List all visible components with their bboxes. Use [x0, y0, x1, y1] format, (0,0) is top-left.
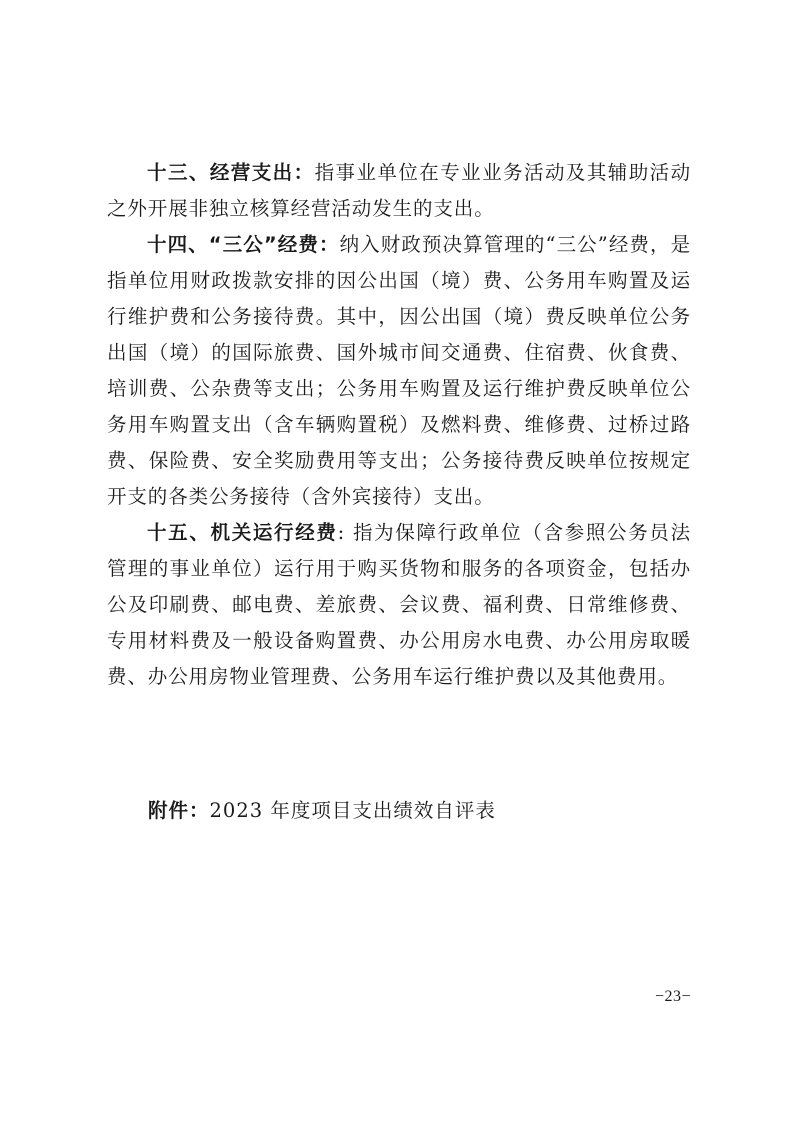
attachment-line: 附件：2023 年度项目支出绩效自评表	[148, 793, 496, 829]
section-three-public-expenses: 十四、“三公”经费：纳入财政预决算管理的“三公”经费，是指单位用财政拨款安排的因…	[107, 227, 691, 515]
section-agency-operating-funds: 十五、机关运行经费: 指为保障行政单位（含参照公务员法管理的事业单位）运行用于购…	[107, 515, 691, 695]
term-definition: : 指为保障行政单位（含参照公务员法管理的事业单位）运行用于购买货物和服务的各项…	[107, 521, 691, 688]
attachment-title: 2023 年度项目支出绩效自评表	[210, 799, 496, 822]
document-body: 十三、经营支出：指事业单位在专业业务活动及其辅助活动之外开展非独立核算经营活动发…	[107, 155, 691, 695]
attachment-label: 附件：	[148, 799, 210, 822]
term-heading: 十四、“三公”经费：	[147, 233, 340, 256]
section-operating-expenses: 十三、经营支出：指事业单位在专业业务活动及其辅助活动之外开展非独立核算经营活动发…	[107, 155, 691, 227]
page-number: −23−	[655, 988, 691, 1006]
term-heading: 十五、机关运行经费	[147, 521, 338, 544]
term-heading: 十三、经营支出：	[147, 161, 315, 184]
term-definition: 纳入财政预决算管理的“三公”经费，是指单位用财政拨款安排的因公出国（境）费、公务…	[107, 233, 691, 508]
